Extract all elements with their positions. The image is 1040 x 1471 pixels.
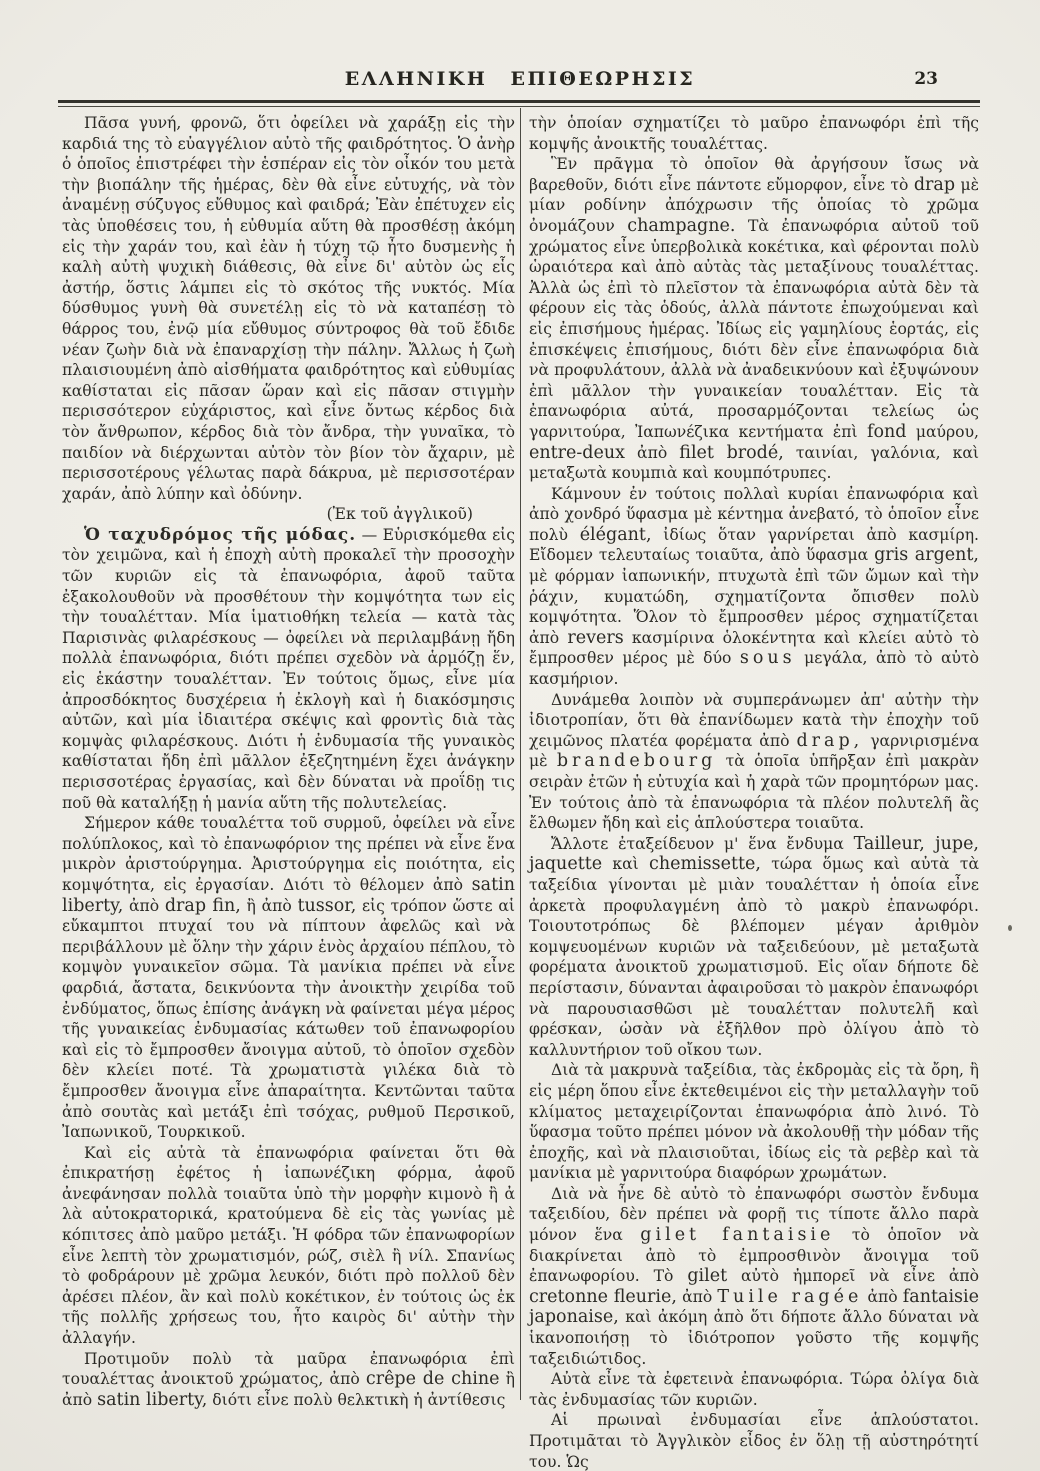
right-column: τὴν ὁποίαν σχηματίζει τὸ μαῦρο ἐπανωφόρι…	[529, 113, 979, 1471]
text-segment: Καὶ εἰς αὐτὰ τὰ ἐπανωφόρια φαίνεται ὅτι …	[62, 1144, 515, 1347]
page-number: 23	[914, 69, 938, 89]
text-segment: καὶ	[602, 855, 649, 873]
paragraph: Διὰ τὰ μακρυνὰ ταξείδια, τὰς ἐκδρομὰς εἰ…	[529, 1060, 979, 1184]
text-segment: gilet	[687, 1266, 727, 1286]
scan-speck	[892, 1338, 895, 1341]
running-header: ΕΛΛΗΝΙΚΗ ΕΠΙΘΕΩΡΗΣΙΣ 23	[60, 68, 980, 94]
text-segment: Πᾶσα γυνή, φρονῶ, ὅτι ὀφείλει νὰ χαράξῃ …	[62, 114, 515, 503]
text-segment: εἰς τρόπον ὥστε αἱ εὔκαμπτοι πτυχαί του …	[62, 897, 515, 1142]
text-segment: gilet fantaisie	[640, 1225, 834, 1245]
magazine-page: ΕΛΛΗΝΙΚΗ ΕΠΙΘΕΩΡΗΣΙΣ 23 Πᾶσα γυνή, φρονῶ…	[0, 0, 1040, 1471]
left-column: Πᾶσα γυνή, φρονῶ, ὅτι ὀφείλει νὰ χαράξῃ …	[62, 113, 515, 1410]
scan-speck	[1008, 925, 1012, 931]
text-segment: satin liberty,	[97, 1390, 207, 1410]
paragraph: τὴν ὁποίαν σχηματίζει τὸ μαῦρο ἐπανωφόρι…	[529, 113, 979, 154]
paragraph: Διὰ νὰ ἦνε δὲ αὐτὸ τὸ ἐπανωφόρι σωστὸν ἔ…	[529, 1184, 979, 1369]
text-segment: τώρα ὅμως καὶ αὐτὰ τὰ ταξείδια γίνονται …	[529, 855, 979, 1058]
paragraph: Κάμνουν ἐν τούτοις πολλαὶ κυρίαι ἐπανωφό…	[529, 484, 979, 690]
text-segment: revers	[567, 628, 623, 648]
text-segment: ἀπὸ	[625, 444, 679, 462]
text-segment: αὐτὸ ἠμπορεῖ νὰ εἶνε ἀπὸ	[727, 1267, 979, 1285]
paragraph: Ἄλλοτε ἐταξείδευον μ' ἕνα ἔνδυμα Tailleu…	[529, 834, 979, 1061]
paragraph: Ὁ ταχυδρόμος τῆς μόδας. — Εὑρισκόμεθα εἰ…	[62, 525, 515, 813]
text-segment: ἀπὸ	[677, 1288, 717, 1306]
text-segment: brandebourg	[557, 751, 716, 771]
text-segment: μαύρου,	[907, 423, 980, 441]
paragraph: Αὐτὰ εἶνε τὰ ἐφετεινὰ ἐπανωφόρια. Τώρα ὀ…	[529, 1369, 979, 1410]
paragraph: Πᾶσα γυνή, φρονῶ, ὅτι ὀφείλει νὰ χαράξῃ …	[62, 113, 515, 504]
text-segment: crêpe de chine	[366, 1369, 500, 1389]
text-segment: entre-deux	[529, 443, 625, 463]
text-segment: Σήμερον κάθε τουαλέττα τοῦ συρμοῦ, ὀφείλ…	[62, 814, 515, 894]
text-segment: Tuile ragée	[717, 1287, 862, 1307]
text-segment: ἢ ἀπὸ	[241, 897, 298, 915]
text-segment: τὴν ὁποίαν σχηματίζει τὸ μαῦρο ἐπανωφόρι…	[529, 114, 979, 153]
text-segment: Αὐτὰ εἶνε τὰ ἐφετεινὰ ἐπανωφόρια. Τώρα ὀ…	[529, 1370, 979, 1409]
page-header-title: ΕΛΛΗΝΙΚΗ ΕΠΙΘΕΩΡΗΣΙΣ	[345, 68, 696, 90]
paragraph: Καὶ εἰς αὐτὰ τὰ ἐπανωφόρια φαίνεται ὅτι …	[62, 1143, 515, 1349]
column-divider	[520, 108, 521, 1400]
text-segment: filet brodé,	[679, 443, 784, 463]
text-segment: drap,	[796, 731, 863, 751]
text-segment: Ἄλλοτε ἐταξείδευον μ' ἕνα ἔνδυμα	[551, 835, 854, 853]
text-segment: élégant,	[580, 525, 652, 545]
text-segment: tussor,	[297, 896, 356, 916]
text-segment: — Εὑρισκόμεθα εἰς τὸν χειμῶνα, καὶ ἡ ἐπο…	[62, 526, 515, 812]
text-segment: gris argent,	[874, 545, 979, 565]
header-rule-thin	[58, 106, 980, 107]
text-segment: champagne.	[627, 216, 735, 236]
paragraph: Προτιμοῦν πολὺ τὰ μαῦρα ἐπανωφόρια ἐπὶ τ…	[62, 1349, 515, 1411]
text-segment: Διὰ τὰ μακρυνὰ ταξείδια, τὰς ἐκδρομὰς εἰ…	[529, 1061, 979, 1182]
text-segment: Ἓν πρᾶγμα τὸ ὁποῖον θὰ ἀργήσουν ἴσως νὰ …	[529, 155, 979, 194]
text-segment: sous	[740, 648, 796, 668]
text-segment: fond	[867, 422, 907, 442]
article-heading: Ὁ ταχυδρόμος τῆς μόδας.	[84, 525, 356, 545]
text-segment: Τὰ ἐπανωφόρια αὐτοῦ τοῦ χρώματος εἶνε ὑπ…	[529, 217, 979, 441]
paragraph: Ἓν πρᾶγμα τὸ ὁποῖον θὰ ἀργήσουν ἴσως νὰ …	[529, 154, 979, 484]
paragraph: Δυνάμεθα λοιπὸν νὰ συμπεράνωμεν ἀπ' αὐτὴ…	[529, 690, 979, 834]
paragraph: Σήμερον κάθε τουαλέττα τοῦ συρμοῦ, ὀφείλ…	[62, 813, 515, 1143]
text-segment: διότι εἶνε πολὺ θελκτικὴ ἡ ἀντίθεσις	[207, 1391, 505, 1409]
text-segment: cretonne fleurie,	[529, 1287, 677, 1307]
attribution-line: (Ἐκ τοῦ ἀγγλικοῦ)	[62, 504, 515, 525]
text-segment: ἀπὸ	[123, 897, 165, 915]
text-segment: (Ἐκ τοῦ ἀγγλικοῦ)	[327, 505, 473, 523]
text-segment: chemissette,	[649, 854, 761, 874]
text-segment: drap	[914, 175, 955, 195]
header-rule-thick	[58, 100, 980, 103]
paragraph: Αἱ πρωιναὶ ἐνδυμασίαι εἶνε ἁπλούστατοι. …	[529, 1410, 979, 1471]
text-segment: ἀπὸ	[862, 1288, 902, 1306]
text-segment: Αἱ πρωιναὶ ἐνδυμασίαι εἶνε ἁπλούστατοι. …	[529, 1411, 979, 1470]
text-segment: drap fin,	[165, 896, 241, 916]
